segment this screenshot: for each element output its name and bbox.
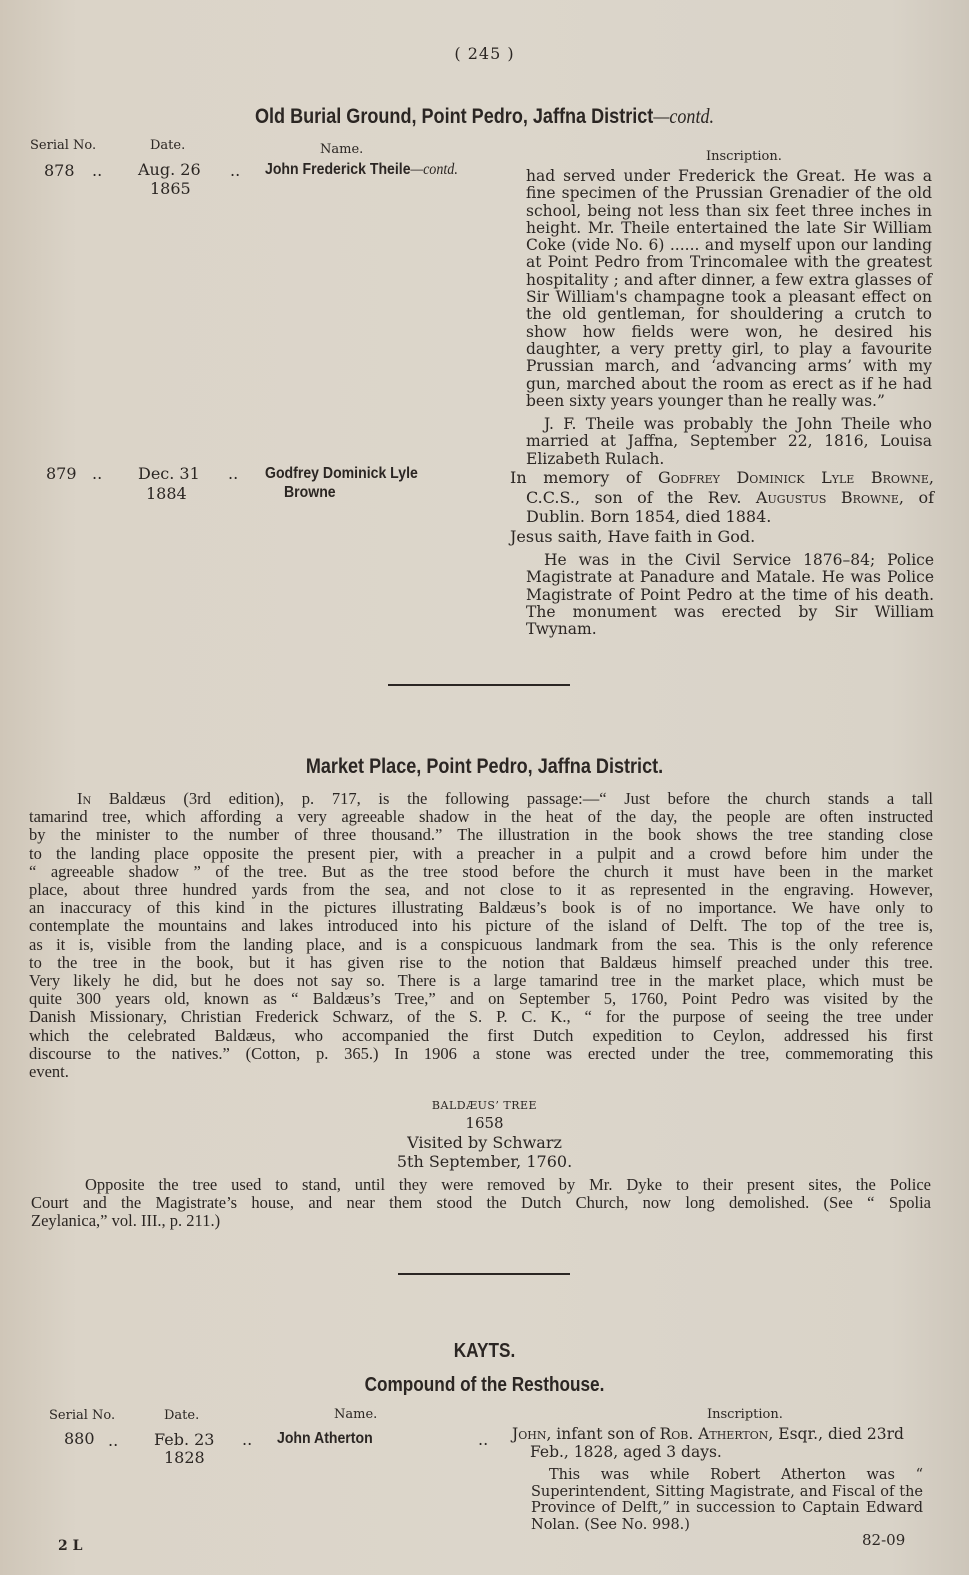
- section-divider: [388, 684, 570, 686]
- col-header-name: Name.: [334, 1407, 377, 1422]
- body-line: place, about three hundred yards from th…: [29, 881, 933, 899]
- body-line: “ agreeable shadow ” of the tree. But as…: [29, 863, 933, 881]
- body-line: discourse to the natives.” (Cotton, p. 3…: [29, 1045, 933, 1063]
- stone-inscription-year: 1658: [0, 1114, 969, 1132]
- leader-dots: ..: [92, 464, 102, 483]
- lead-word: In: [77, 789, 91, 808]
- section-heading-kayts: KAYTS.: [68, 1340, 901, 1363]
- body-line: Very likely he did, but he does not say …: [29, 972, 933, 990]
- body-line: an inaccuracy of this kind in the pictur…: [29, 899, 933, 917]
- entry-date: Feb. 23: [154, 1430, 214, 1449]
- entry-name-line2: Browne: [284, 484, 336, 502]
- entry-note: J. F. Theile was probably the John Theil…: [526, 416, 932, 468]
- col-header-date: Date.: [164, 1408, 199, 1423]
- serial-number: 880: [64, 1429, 95, 1448]
- section-heading-market-place: Market Place, Point Pedro, Jaffna Distri…: [68, 755, 901, 779]
- inscription-text: had served under Frederick the Great. He…: [526, 168, 932, 468]
- stone-inscription-date: 5th September, 1760.: [0, 1152, 969, 1171]
- entry-name: John Frederick Theile—contd.: [265, 161, 458, 179]
- deceased-name: Godfrey Dominick Lyle Browne: [658, 468, 929, 487]
- entry-date: Dec. 31: [138, 464, 200, 483]
- body-line: which the celebrated Baldæus, who accomp…: [29, 1027, 933, 1045]
- col-header-serial: Serial No.: [49, 1408, 115, 1423]
- col-header-serial: Serial No.: [30, 138, 96, 153]
- entry-year: 1884: [146, 484, 187, 503]
- child-name: John: [512, 1425, 546, 1443]
- page-number: ( 245 ): [0, 44, 969, 63]
- inscription-line: John, infant son of Rob. Atherton, Esqr.…: [512, 1425, 924, 1443]
- leader-dots: ..: [242, 1430, 252, 1449]
- body-line: event.: [29, 1063, 933, 1081]
- leader-dots: ..: [108, 1431, 118, 1450]
- market-place-paragraph: In Baldæus (3rd edition), p. 717, is the…: [29, 790, 933, 1081]
- col-header-inscription: Inscription.: [706, 149, 782, 164]
- leader-dots: ..: [478, 1430, 488, 1449]
- body-line: to the tree in the book, but it has give…: [29, 954, 933, 972]
- section-divider: [398, 1273, 570, 1275]
- stone-inscription-title: BALDÆUS’ TREE: [0, 1099, 969, 1112]
- dutch-church-paragraph: Opposite the tree used to stand, until t…: [31, 1176, 931, 1231]
- text: , infant son of: [546, 1425, 659, 1443]
- col-header-inscription: Inscription.: [707, 1407, 783, 1422]
- name-suffix: —contd.: [411, 161, 458, 178]
- print-code: 82-09: [862, 1531, 905, 1549]
- father-name: Augustus Browne: [756, 488, 899, 507]
- note-paragraph: He was in the Civil Service 1876–84; Pol…: [526, 552, 934, 638]
- inscription-line: In memory of Godfrey Dominick Lyle Brown…: [510, 468, 934, 488]
- body-line: to the landing place opposite the presen…: [29, 845, 933, 863]
- body-line: contemplate the mountains and lakes intr…: [29, 917, 933, 935]
- serial-number: 879: [46, 464, 77, 483]
- body-line: In Baldæus (3rd edition), p. 717, is the…: [29, 790, 933, 808]
- entry-note: He was in the Civil Service 1876–84; Pol…: [526, 552, 934, 638]
- text: , of: [899, 488, 934, 507]
- note-paragraph: This was while Robert Atherton was “ Sup…: [531, 1467, 923, 1533]
- heading-text: Old Burial Ground, Point Pedro, Jaffna D…: [255, 105, 653, 128]
- col-header-name: Name.: [320, 142, 363, 157]
- inscription-text: In memory of Godfrey Dominick Lyle Brown…: [510, 468, 934, 546]
- inscription-paragraph: had served under Frederick the Great. He…: [526, 168, 932, 410]
- father-name: Rob. Atherton: [660, 1425, 769, 1443]
- leader-dots: ..: [230, 161, 240, 180]
- body-line: tamarind tree, which affording a very ag…: [29, 808, 933, 826]
- entry-name: John Atherton: [277, 1430, 373, 1448]
- body-line: Zeylanica,” vol. III., p. 211.): [31, 1212, 931, 1230]
- entry-date: Aug. 26: [138, 160, 201, 179]
- col-header-date: Date.: [150, 138, 185, 153]
- text: , Esqr., died 23rd: [768, 1425, 904, 1443]
- heading-suffix: —contd.: [653, 104, 714, 128]
- inscription-text: John, infant son of Rob. Atherton, Esqr.…: [512, 1425, 924, 1461]
- section-subheading-resthouse: Compound of the Resthouse.: [68, 1374, 901, 1397]
- entry-year: 1865: [150, 179, 191, 198]
- entry-note: This was while Robert Atherton was “ Sup…: [531, 1467, 923, 1533]
- serial-number: 878: [44, 161, 75, 180]
- body-line: Court and the Magistrate’s house, and ne…: [31, 1194, 931, 1212]
- body-line: quite 300 years old, known as “ Baldæus’…: [29, 990, 933, 1008]
- leader-dots: ..: [92, 161, 102, 180]
- text: ,: [929, 468, 934, 487]
- text: C.C.S., son of the Rev.: [526, 488, 756, 507]
- text: Baldæus (3rd edition), p. 717, is the fo…: [91, 789, 933, 808]
- entry-year: 1828: [164, 1448, 205, 1467]
- stone-inscription-line: Visited by Schwarz: [0, 1133, 969, 1152]
- name-text: John Frederick Theile: [265, 161, 411, 178]
- body-line: Opposite the tree used to stand, until t…: [31, 1176, 931, 1194]
- body-line: Danish Missionary, Christian Frederick S…: [29, 1008, 933, 1026]
- inscription-line: Dublin. Born 1854, died 1884.: [510, 507, 934, 527]
- text: In memory of: [510, 468, 658, 487]
- entry-name-line1: Godfrey Dominick Lyle: [265, 465, 418, 483]
- section-heading-old-burial-ground: Old Burial Ground, Point Pedro, Jaffna D…: [68, 104, 901, 129]
- body-line: by the minister to the number of three t…: [29, 826, 933, 844]
- inscription-line: C.C.S., son of the Rev. Augustus Browne,…: [510, 488, 934, 508]
- leader-dots: ..: [228, 464, 238, 483]
- body-line: as it is, visible from the landing place…: [29, 936, 933, 954]
- inscription-line: Feb., 1828, aged 3 days.: [512, 1443, 924, 1461]
- signature-mark: 2 L: [58, 1538, 82, 1554]
- inscription-line: Jesus saith, Have faith in God.: [510, 527, 934, 547]
